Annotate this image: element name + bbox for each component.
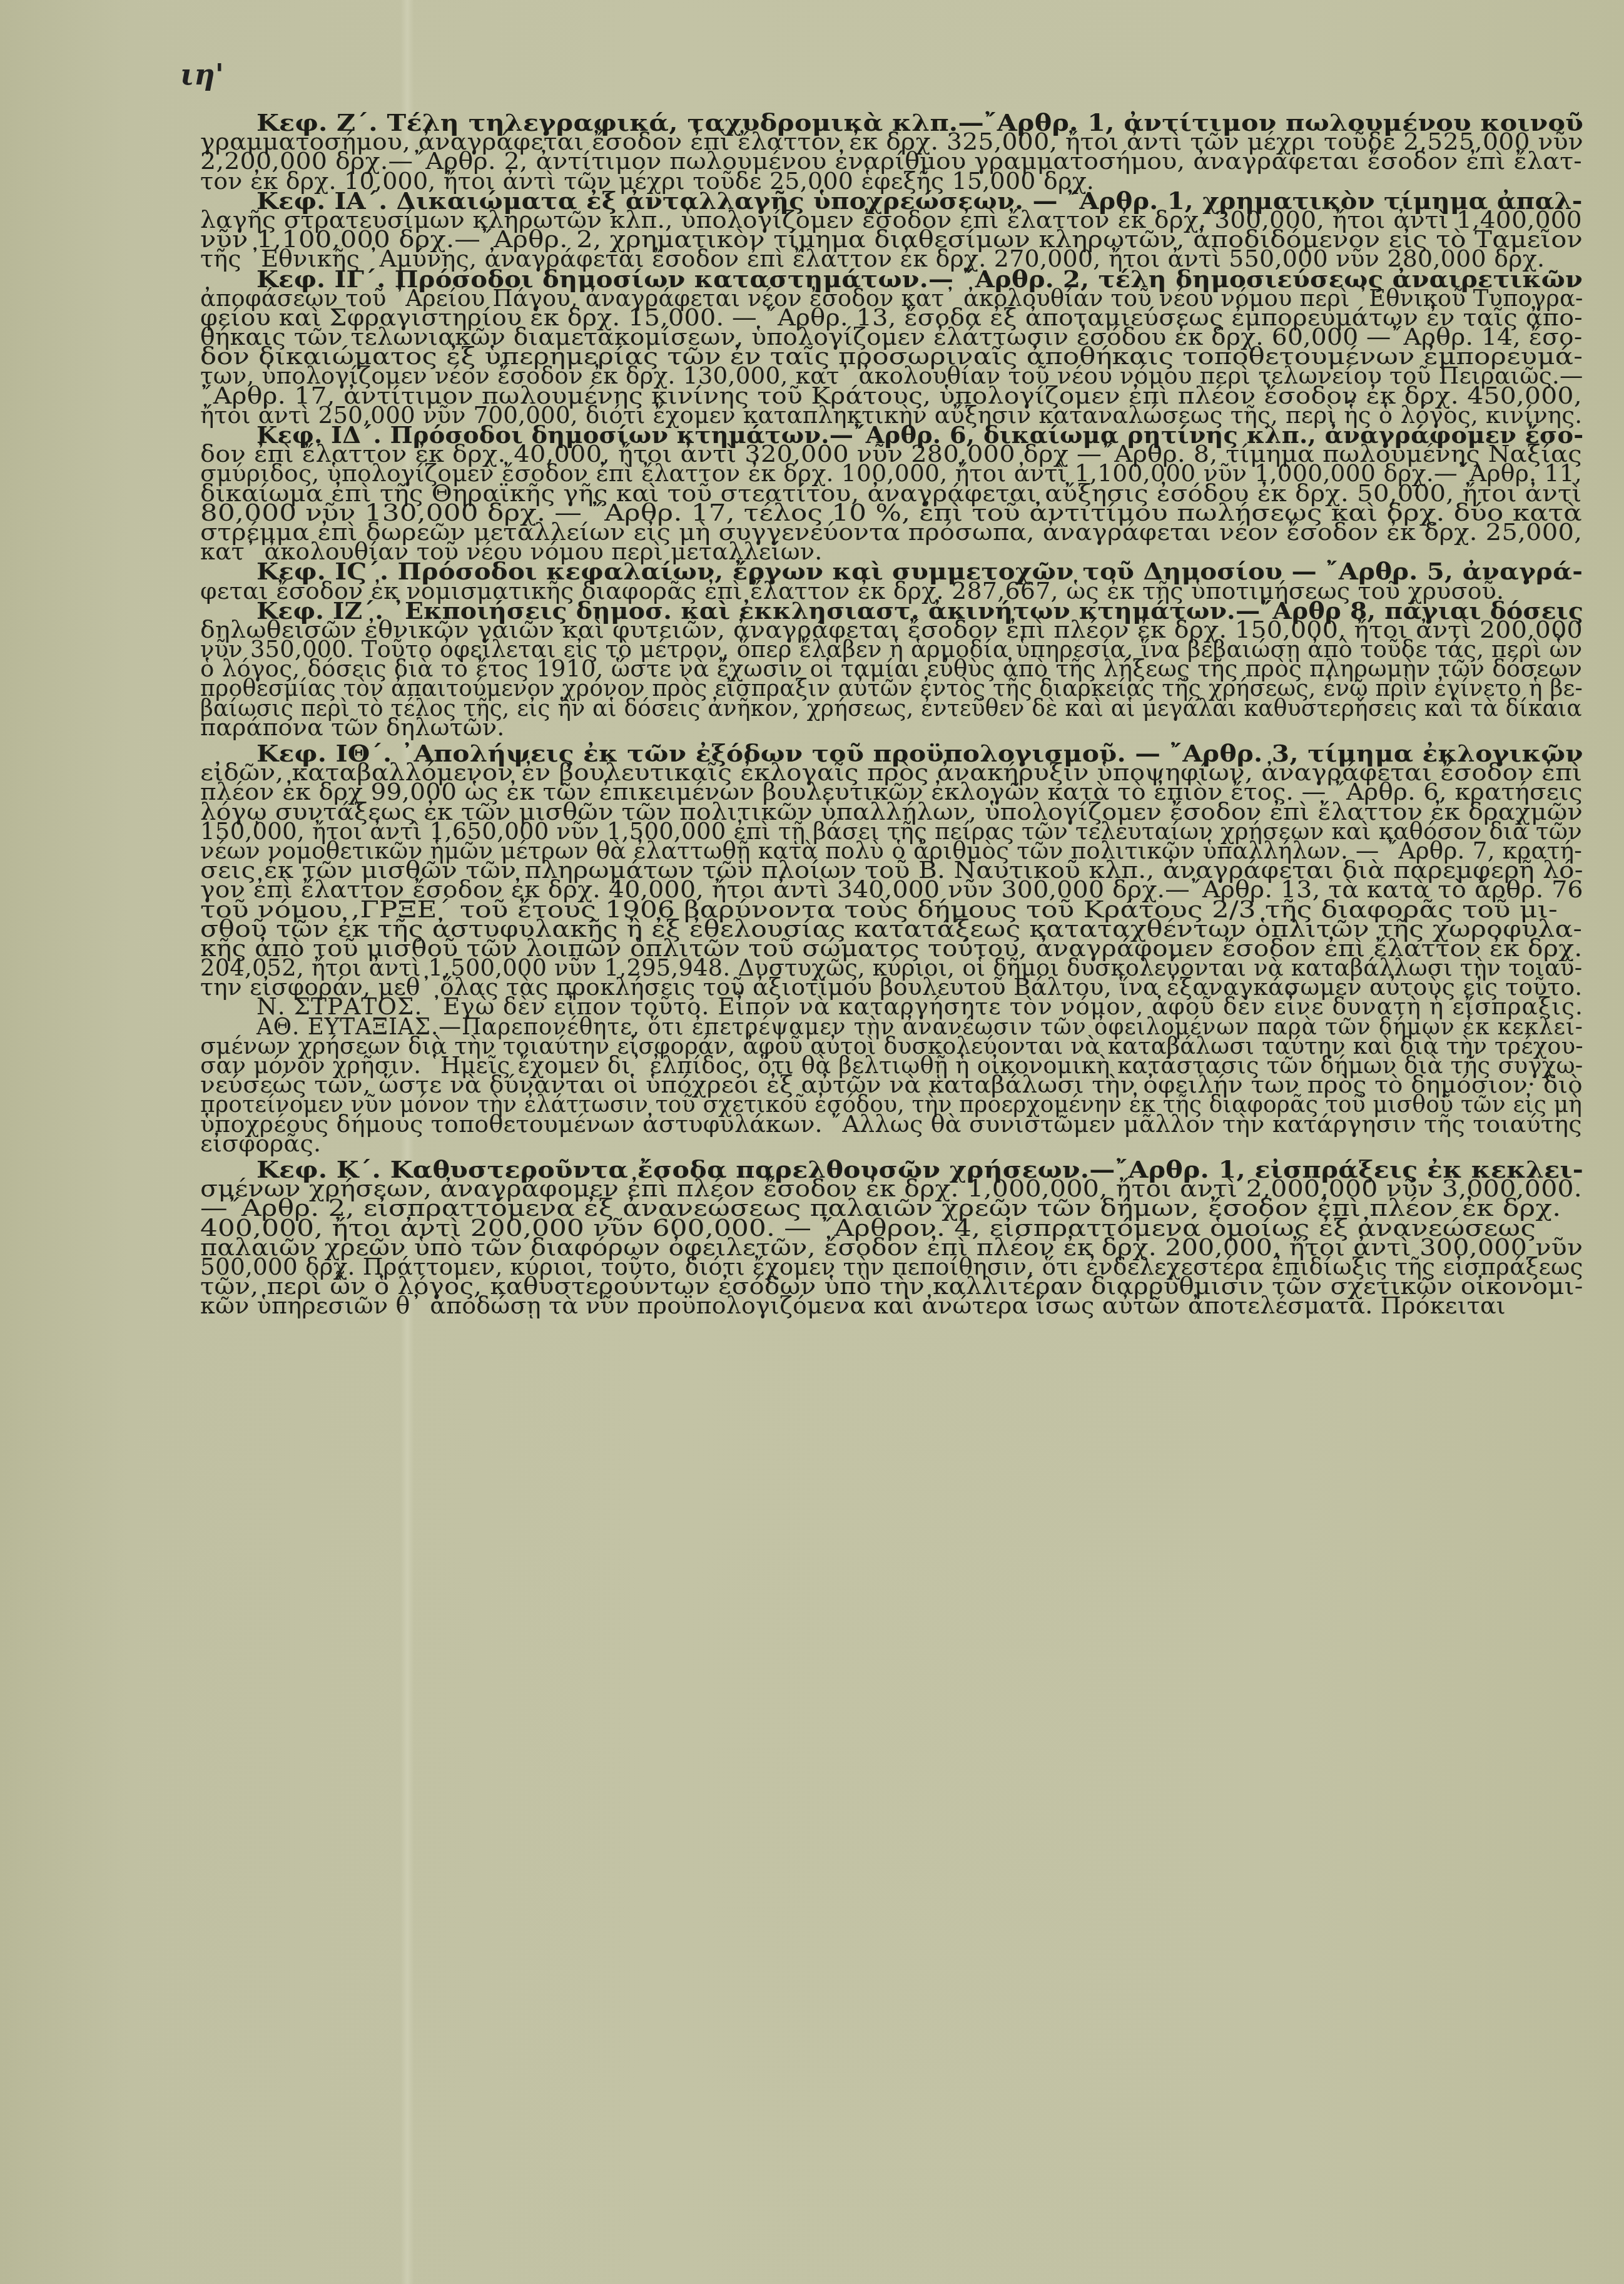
paragraph-kef-ig: Κεφ. ΙΓ΄. Πρόσοδοι δημοσίων καταστημάτων… bbox=[200, 269, 1583, 426]
text-line: ὑποχρέους δήμους τοποθετουμένων ἀστυφυλά… bbox=[200, 1114, 1584, 1134]
paragraph-kef-ist: Κεφ. ΙϚ΄. Πρόσοδοι κεφαλαίων, ἔργων καὶ … bbox=[200, 561, 1583, 600]
paragraph-kef-ia: Κεφ. ΙΑ΄. Δικαιώματα ἐξ ἀνταλλαγῆς ὑποχρ… bbox=[200, 191, 1583, 269]
paragraph-kef-iz: Κεφ. ΙΖ΄. ᾿Εκποιήσεις δημοσ. καὶ ἐκκλησι… bbox=[200, 601, 1583, 737]
document-body: Κεφ. Ζ΄. Τέλη τηλεγραφικά, ταχυδρομικὰ κ… bbox=[200, 113, 1583, 1315]
paragraph-kef-id: Κεφ. ΙΔ΄. Πρόσοδοι δημοσίων κτημάτων.—῎Α… bbox=[200, 425, 1583, 561]
text-line: παράπονα τῶν δηλωτῶν. bbox=[200, 718, 1583, 737]
text-line: εἰσφορᾶς. bbox=[200, 1134, 1583, 1153]
page-number: ιη' bbox=[180, 58, 224, 91]
speech-eftaxias: ΑΘ. ΕΥΤΑΞΙΑΣ.—Παρεπονέθητε, ὅτι ἐπετρέψα… bbox=[200, 1017, 1583, 1153]
paragraph-kef-k: Κεφ. Κ΄. Καθυστεροῦντα ἔσοδα παρελθουσῶν… bbox=[200, 1160, 1583, 1316]
paragraph-kef-ith: Κεφ. ΙΘ΄. ᾿Απολήψεις ἐκ τῶν ἐξόδων τοῦ π… bbox=[200, 743, 1583, 997]
scanned-page: ιη' Κεφ. Ζ΄. Τέλη τηλεγραφικά, ταχυδρομι… bbox=[0, 0, 1624, 2284]
paragraph-kef-z: Κεφ. Ζ΄. Τέλη τηλεγραφικά, ταχυδρομικὰ κ… bbox=[200, 113, 1583, 191]
text-line: κῶν ὑπηρεσιῶν θ᾿ ἀποδώσῃ τὰ νῦν προϋπολο… bbox=[200, 1296, 1583, 1315]
